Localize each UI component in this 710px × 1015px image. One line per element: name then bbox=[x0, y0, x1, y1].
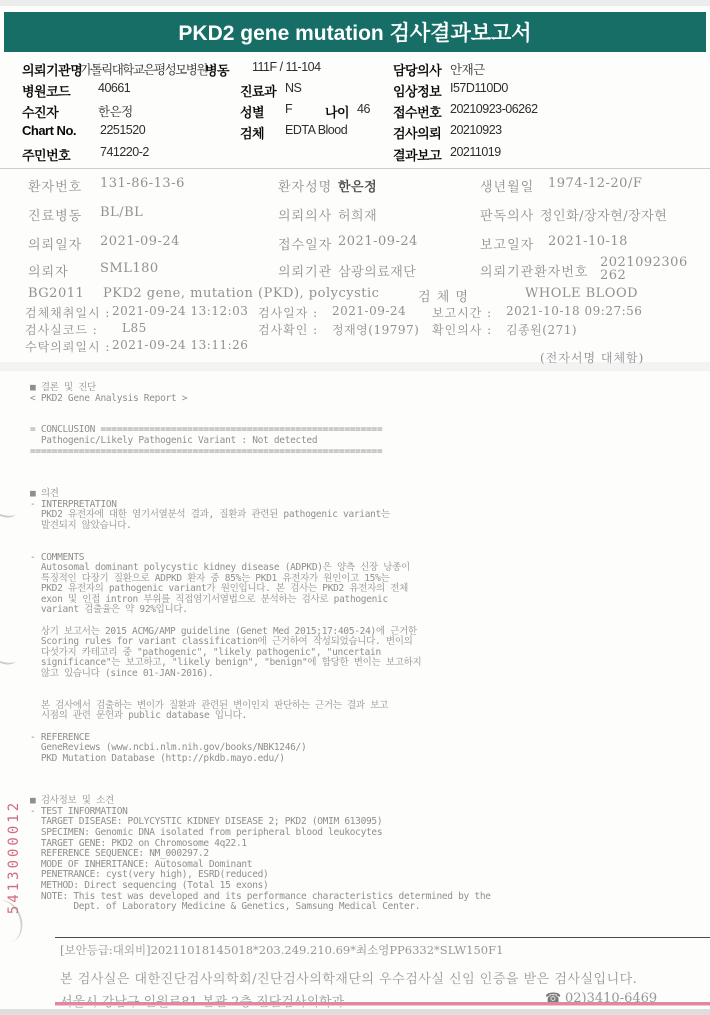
scan-edge-bottom bbox=[0, 1009, 710, 1015]
consign-datetime-label: 수탁의뢰일시 : bbox=[25, 338, 110, 355]
referring-doctor-value: 허희재 bbox=[338, 205, 377, 224]
report-title-banner: PKD2 gene mutation 검사결과보고서 bbox=[4, 12, 706, 52]
reading-doctor-label: 판독의사 bbox=[480, 205, 534, 224]
report-body-line bbox=[30, 775, 690, 786]
scan-artifact bbox=[0, 502, 17, 519]
result-report-label: 결과보고 bbox=[393, 145, 441, 164]
report-body-line: METHOD: Direct sequencing (Total 15 exon… bbox=[30, 881, 690, 892]
specimen-name-label: 검 체 명 bbox=[418, 286, 469, 305]
collect-datetime-value: 2021-09-24 13:12:03 bbox=[112, 304, 248, 318]
patient-name-value: 한은정 bbox=[338, 176, 377, 195]
org-patient-no-label: 의뢰기관환자번호 bbox=[480, 261, 588, 280]
accession-number-vertical: 5413000012 bbox=[6, 800, 22, 914]
order-date-label: 검사의뢰 bbox=[393, 123, 441, 142]
security-classification-line: [보안등급:대외비]20211018145018*203.249.210.69*… bbox=[60, 942, 503, 958]
request-date-label: 의뢰일자 bbox=[28, 234, 82, 253]
accreditation-statement: 본 검사실은 대한진단검사의학회/진단검사의학재단의 우수검사실 신임 인증을 … bbox=[60, 968, 637, 987]
report-body-line: SPECIMEN: Genomic DNA isolated from peri… bbox=[30, 828, 690, 839]
report-body-line bbox=[30, 764, 690, 775]
chart-no-label: Chart No. bbox=[22, 123, 76, 138]
report-date-value: 2021-10-18 bbox=[548, 234, 628, 249]
request-org2-label: 의뢰기관 bbox=[278, 261, 332, 280]
resident-no-value: 741220-2 bbox=[100, 145, 149, 159]
report-time-label: 보고시간 : bbox=[432, 304, 492, 321]
resident-no-label: 주민번호 bbox=[22, 145, 70, 164]
care-ward-value: BL/BL bbox=[100, 205, 143, 220]
scan-band bbox=[0, 362, 710, 371]
report-body-line: Pathogenic/Likely Pathogenic Variant : N… bbox=[30, 436, 690, 447]
confirm-doctor-value: 김종원(271) bbox=[506, 321, 577, 338]
header-row: 수진자 한은정 성별 F 나이 46 접수번호 20210923-06262 bbox=[0, 102, 710, 119]
patient-no-label: 환자번호 bbox=[28, 176, 82, 195]
report-body-line: ========================================… bbox=[30, 447, 690, 458]
test-row: BG2011 PKD2 gene, mutation (PKD), polycy… bbox=[0, 286, 710, 304]
request-org2-value: 삼광의료재단 bbox=[338, 261, 416, 280]
patient-row: 환자번호 131-86-13-6 환자성명 한은정 생년월일 1974-12-2… bbox=[0, 176, 710, 194]
examinee-label: 수진자 bbox=[22, 102, 58, 121]
header-row: 의뢰기관명 가톨릭대학교은평성모병원 병동 111F / 11-104 담당의사… bbox=[0, 60, 710, 77]
patient-name-label: 환자성명 bbox=[278, 176, 332, 195]
report-body-line bbox=[30, 404, 690, 415]
report-body: ■ 결론 및 진단< PKD2 Gene Analysis Report > =… bbox=[30, 383, 690, 913]
report-body-line: 발견되지 않았습니다. bbox=[30, 521, 690, 532]
report-body-line: 않고 있습니다 (since 01-JAN-2016). bbox=[30, 669, 690, 680]
report-body-line: PKD Mutation Database (http://pkdb.mayo.… bbox=[30, 754, 690, 765]
scan-artifact bbox=[0, 649, 17, 666]
report-body-line: 시점의 관련 문헌과 public database 입니다. bbox=[30, 711, 690, 722]
consign-datetime-value: 2021-09-24 13:11:26 bbox=[112, 338, 248, 352]
department-label: 진료과 bbox=[240, 81, 276, 100]
report-body-line bbox=[30, 722, 690, 733]
hospital-code-label: 병원코드 bbox=[22, 81, 70, 100]
footer-pink-line bbox=[55, 1002, 710, 1006]
lab-address: 서울시 강남구 일원로81 본관 2층 진단검사의학과 bbox=[60, 991, 344, 1010]
report-body-line: variant 검출율은 약 92%입니다. bbox=[30, 605, 690, 616]
report-body-line bbox=[30, 531, 690, 542]
ward-value: 111F / 11-104 bbox=[252, 60, 321, 74]
birth-date-label: 생년월일 bbox=[480, 176, 534, 195]
specimen-label: 검체 bbox=[240, 123, 264, 142]
test-confirm-label: 검사확인 : bbox=[258, 321, 318, 338]
order-date-value: 20210923 bbox=[450, 123, 502, 137]
scan-edge-top bbox=[0, 0, 710, 6]
specimen-name-value: WHOLE BLOOD bbox=[525, 286, 638, 301]
ward-label: 병동 bbox=[205, 60, 229, 79]
clinical-info-value: I57D110D0 bbox=[450, 81, 508, 95]
lab-code-value: L85 bbox=[122, 321, 147, 335]
report-body-line: ■ 검사정보 및 소견 bbox=[30, 796, 690, 807]
collect-datetime-label: 검체채취일시 : bbox=[25, 304, 110, 321]
receipt-no-label: 접수번호 bbox=[393, 102, 441, 121]
request-org-label: 의뢰기관명 bbox=[22, 60, 82, 79]
requester-value: SML180 bbox=[100, 261, 159, 276]
header-row: Chart No. 2251520 검체 EDTA Blood 검사의뢰 202… bbox=[0, 123, 710, 140]
report-body-line bbox=[30, 680, 690, 691]
birth-date-value: 1974-12-20/F bbox=[548, 176, 642, 191]
test-code: BG2011 bbox=[28, 286, 84, 301]
test-confirm-value: 정재영(19797) bbox=[332, 321, 419, 338]
referring-doctor-label: 의뢰의사 bbox=[278, 205, 332, 224]
hospital-code-value: 40661 bbox=[98, 81, 130, 95]
specimen-value: EDTA Blood bbox=[285, 123, 347, 137]
report-body-line bbox=[30, 478, 690, 489]
result-report-value: 20211019 bbox=[450, 145, 501, 159]
report-body-line bbox=[30, 468, 690, 479]
org-patient-no-value: 2021092306262 bbox=[600, 256, 692, 282]
receipt-date-label: 접수일자 bbox=[278, 234, 332, 253]
reading-doctor-value: 정인화/장자현/장자현 bbox=[540, 205, 667, 224]
request-org-value: 가톨릭대학교은평성모병원 bbox=[80, 60, 207, 78]
patient-row: 진료병동 BL/BL 의뢰의사 허희재 판독의사 정인화/장자현/장자현 bbox=[0, 205, 710, 223]
page-title: PKD2 gene mutation 검사결과보고서 bbox=[178, 17, 531, 47]
age-label: 나이 bbox=[325, 102, 349, 121]
report-body-line bbox=[30, 457, 690, 468]
lab-code-label: 검사실코드 : bbox=[25, 321, 98, 338]
report-time-value: 2021-10-18 09:27:56 bbox=[506, 304, 642, 318]
sex-value: F bbox=[285, 102, 292, 116]
report-body-line bbox=[30, 786, 690, 797]
header-row: 병원코드 40661 진료과 NS 임상정보 I57D110D0 bbox=[0, 81, 710, 98]
attending-doctor-value: 안재근 bbox=[450, 60, 485, 78]
test-date-value: 2021-09-24 bbox=[332, 304, 406, 318]
test-name: PKD2 gene, mutation (PKD), polycystic bbox=[103, 286, 379, 301]
report-body-line: < PKD2 Gene Analysis Report > bbox=[30, 394, 690, 405]
report-body-line: Dept. of Laboratory Medicine & Genetics,… bbox=[30, 902, 690, 913]
report-body-line: ■ 결론 및 진단 bbox=[30, 383, 690, 394]
patient-row: 의뢰일자 2021-09-24 접수일자 2021-09-24 보고일자 202… bbox=[0, 234, 710, 252]
department-value: NS bbox=[285, 81, 301, 95]
clinical-info-label: 임상정보 bbox=[393, 81, 441, 100]
requester-label: 의뢰자 bbox=[28, 261, 69, 280]
age-value: 46 bbox=[357, 102, 370, 116]
lab-row: 검체채취일시 : 2021-09-24 13:12:03 검사일자 : 2021… bbox=[0, 304, 710, 322]
report-page: PKD2 gene mutation 검사결과보고서 의뢰기관명 가톨릭대학교은… bbox=[0, 0, 710, 1015]
footer-divider-line bbox=[55, 937, 710, 938]
divider-line bbox=[0, 168, 710, 169]
report-body-line bbox=[30, 542, 690, 553]
report-body-line: ■ 의견 bbox=[30, 489, 690, 500]
receipt-date-value: 2021-09-24 bbox=[338, 234, 418, 249]
care-ward-label: 진료병동 bbox=[28, 205, 82, 224]
report-date-label: 보고일자 bbox=[480, 234, 534, 253]
chart-no-value: 2251520 bbox=[100, 123, 145, 137]
attending-doctor-label: 담당의사 bbox=[393, 60, 441, 79]
header-row: 주민번호 741220-2 결과보고 20211019 bbox=[0, 145, 710, 162]
patient-row: 의뢰자 SML180 의뢰기관 삼광의료재단 의뢰기관환자번호 20210923… bbox=[0, 261, 710, 279]
receipt-no-value: 20210923-06262 bbox=[450, 102, 538, 116]
examinee-value: 한은정 bbox=[98, 102, 133, 120]
test-date-label: 검사일자 : bbox=[258, 304, 318, 321]
patient-no-value: 131-86-13-6 bbox=[100, 176, 185, 191]
confirm-doctor-label: 확인의사 : bbox=[432, 321, 492, 338]
sex-label: 성별 bbox=[240, 102, 264, 121]
lab-row: 검사실코드 : L85 검사확인 : 정재영(19797) 확인의사 : 김종원… bbox=[0, 321, 710, 339]
request-date-value: 2021-09-24 bbox=[100, 234, 180, 249]
